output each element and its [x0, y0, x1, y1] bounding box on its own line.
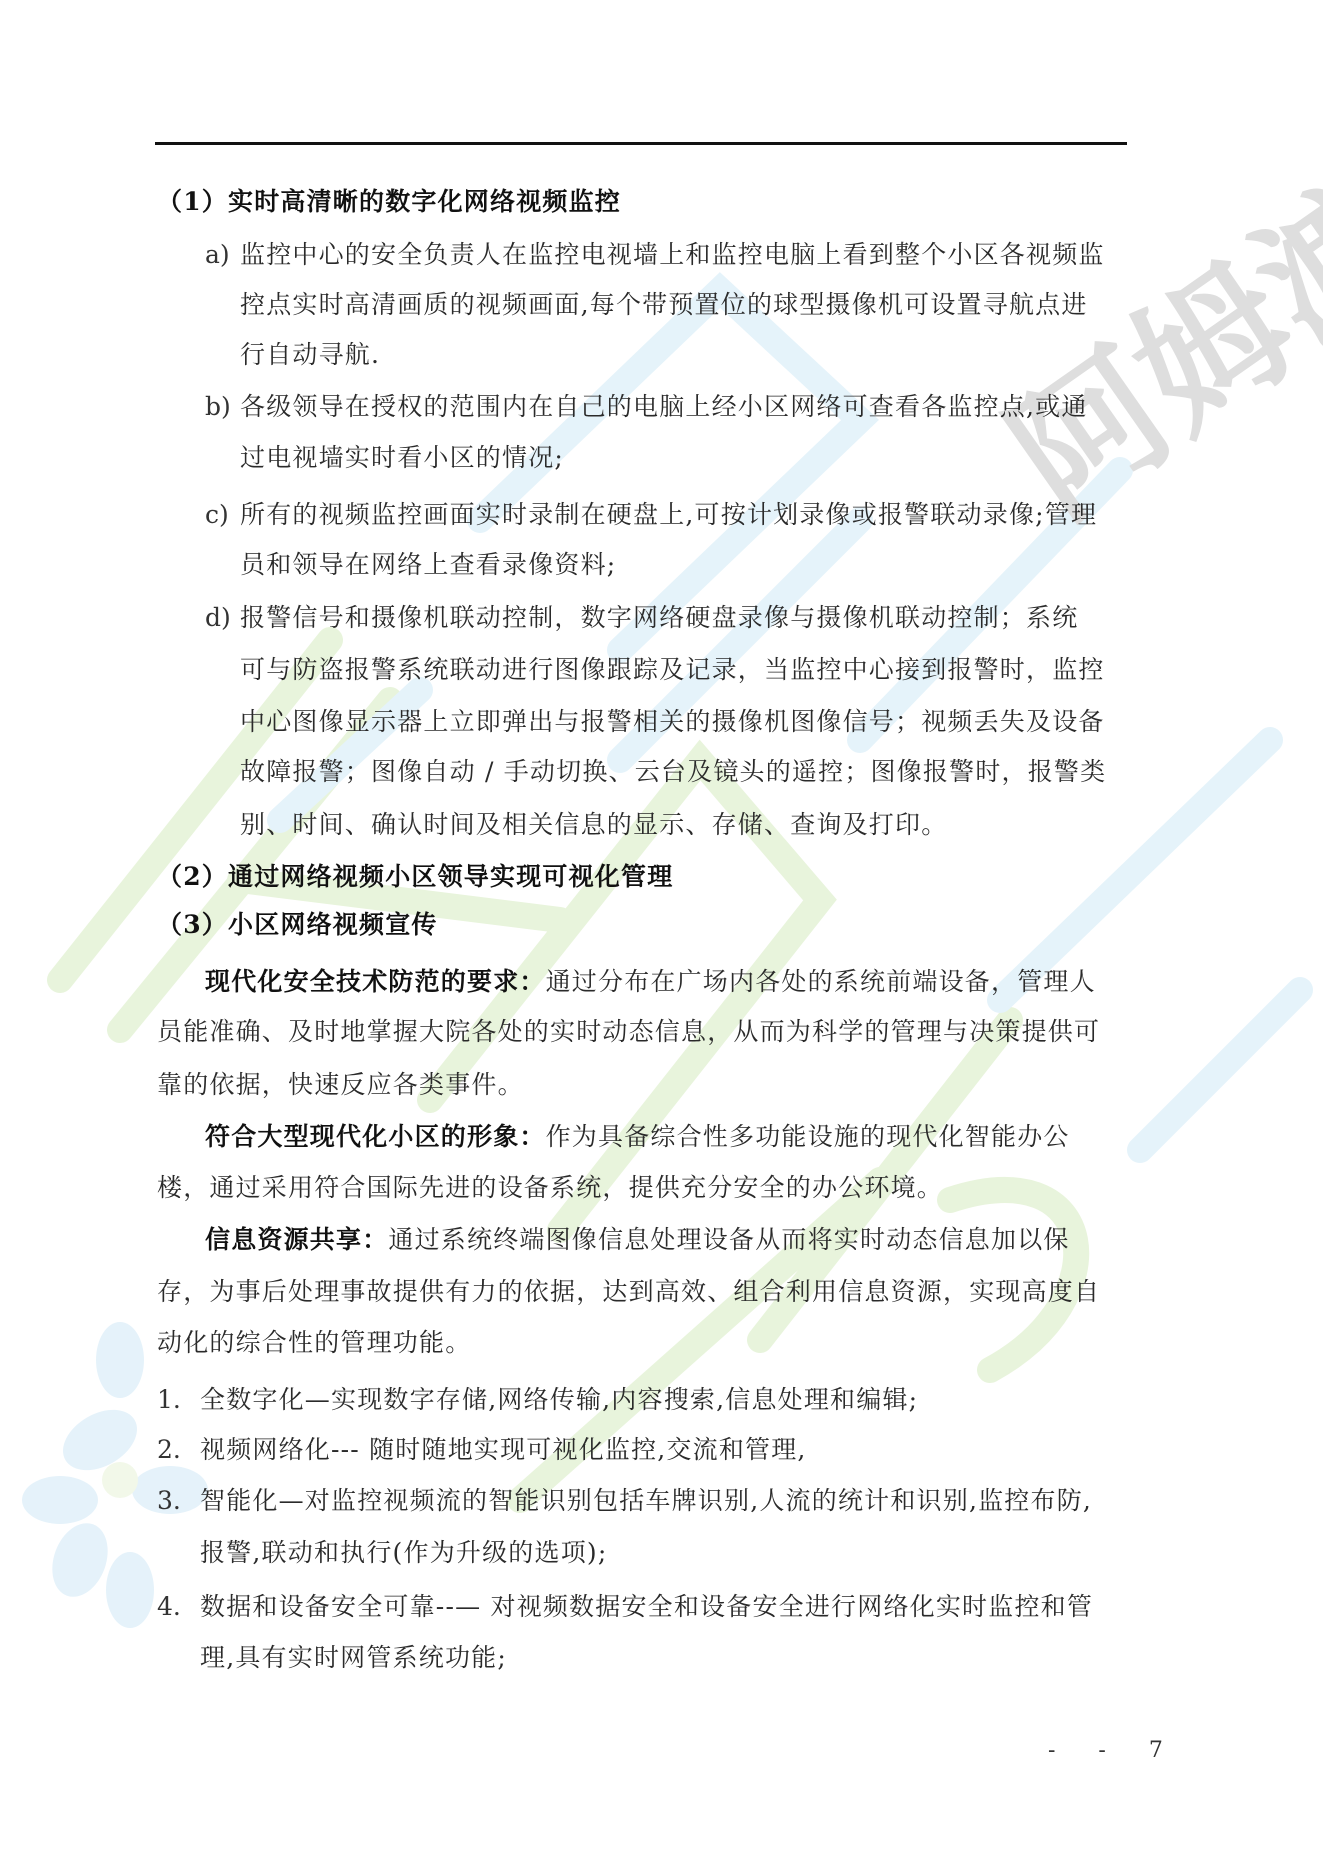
- section-heading-3: （3）小区网络视频宣传: [157, 910, 438, 940]
- paragraph-1-lead: 现代化安全技术防范的要求：: [205, 967, 546, 996]
- header-rule: [155, 142, 1127, 145]
- list-item-4-line-1: 数据和设备安全可靠--— 对视频数据安全和设备安全进行网络化实时监控和管: [200, 1592, 1093, 1622]
- item-label-b: b): [205, 392, 231, 422]
- paragraph-3-lead: 信息资源共享：: [205, 1225, 388, 1254]
- item-a-line-2: 控点实时高清画质的视频画面,每个带预置位的球型摄像机可设置寻航点进: [240, 290, 1088, 320]
- section-heading-2: （2）通过网络视频小区领导实现可视化管理: [157, 862, 673, 892]
- list-item-2-line-1: 视频网络化--- 随时随地实现可视化监控,交流和管理,: [200, 1435, 807, 1465]
- section-heading-1: （1）实时高清晰的数字化网络视频监控: [157, 187, 621, 217]
- document-page: （1）实时高清晰的数字化网络视频监控 a) 监控中心的安全负责人在监控电视墙上和…: [0, 0, 1323, 1871]
- list-item-1-line-1: 全数字化—实现数字存储,网络传输,内容搜索,信息处理和编辑;: [200, 1385, 918, 1415]
- list-item-3-line-2: 报警,联动和执行(作为升级的选项);: [200, 1538, 607, 1568]
- list-item-4-line-2: 理,具有实时网管系统功能;: [200, 1643, 507, 1673]
- item-b-line-2: 过电视墙实时看小区的情况;: [240, 443, 564, 473]
- item-a-line-1: 监控中心的安全负责人在监控电视墙上和监控电脑上看到整个小区各视频监: [240, 240, 1105, 270]
- paragraph-1-line-1: 现代化安全技术防范的要求：通过分布在广场内各处的系统前端设备，管理人: [205, 967, 1096, 997]
- paragraph-1-line-3: 靠的依据，快速反应各类事件。: [157, 1070, 524, 1100]
- item-label-d: d): [205, 603, 231, 633]
- item-c-line-2: 员和领导在网络上查看录像资料;: [240, 550, 616, 580]
- paragraph-2-line-1: 符合大型现代化小区的形象：作为具备综合性多功能设施的现代化智能办公: [205, 1122, 1070, 1152]
- paragraph-3-line-3: 动化的综合性的管理功能。: [157, 1328, 471, 1358]
- paragraph-2-lead: 符合大型现代化小区的形象：: [205, 1122, 546, 1151]
- paragraph-3-line-1: 信息资源共享：通过系统终端图像信息处理设备从而将实时动态信息加以保: [205, 1225, 1070, 1255]
- list-number-4: 4.: [157, 1592, 181, 1622]
- paragraph-2-line-2: 楼，通过采用符合国际先进的设备系统，提供充分安全的办公环境。: [157, 1173, 943, 1203]
- item-b-line-1: 各级领导在授权的范围内在自己的电脑上经小区网络可查看各监控点,或通: [240, 392, 1088, 422]
- item-d-line-2: 可与防盗报警系统联动进行图像跟踪及记录，当监控中心接到报警时，监控: [240, 655, 1105, 685]
- list-item-3-line-1: 智能化—对监控视频流的智能识别包括车牌识别,人流的统计和识别,监控布防,: [200, 1486, 1092, 1516]
- list-number-1: 1.: [157, 1385, 181, 1415]
- item-a-line-3: 行自动寻航.: [240, 340, 380, 370]
- list-number-2: 2.: [157, 1435, 181, 1465]
- item-c-line-1: 所有的视频监控画面实时录制在硬盘上,可按计划录像或报警联动录像;管理: [240, 500, 1097, 530]
- item-d-line-4: 故障报警；图像自动 / 手动切换、云台及镜头的遥控；图像报警时，报警类: [240, 757, 1106, 787]
- item-d-line-5: 别、时间、确认时间及相关信息的显示、存储、查询及打印。: [240, 810, 947, 840]
- paragraph-3-line-2: 存，为事后处理事故提供有力的依据，达到高效、组合利用信息资源，实现高度自: [157, 1277, 1100, 1307]
- item-label-c: c): [205, 500, 229, 530]
- page-number: - - 7: [1048, 1738, 1181, 1763]
- item-d-line-3: 中心图像显示器上立即弹出与报警相关的摄像机图像信号；视频丢失及设备: [240, 707, 1105, 737]
- item-d-line-1: 报警信号和摄像机联动控制，数字网络硬盘录像与摄像机联动控制；系统: [240, 603, 1078, 633]
- item-label-a: a): [205, 240, 230, 270]
- list-number-3: 3.: [157, 1486, 181, 1516]
- paragraph-1-line-2: 员能准确、及时地掌握大院各处的实时动态信息，从而为科学的管理与决策提供可: [157, 1017, 1100, 1047]
